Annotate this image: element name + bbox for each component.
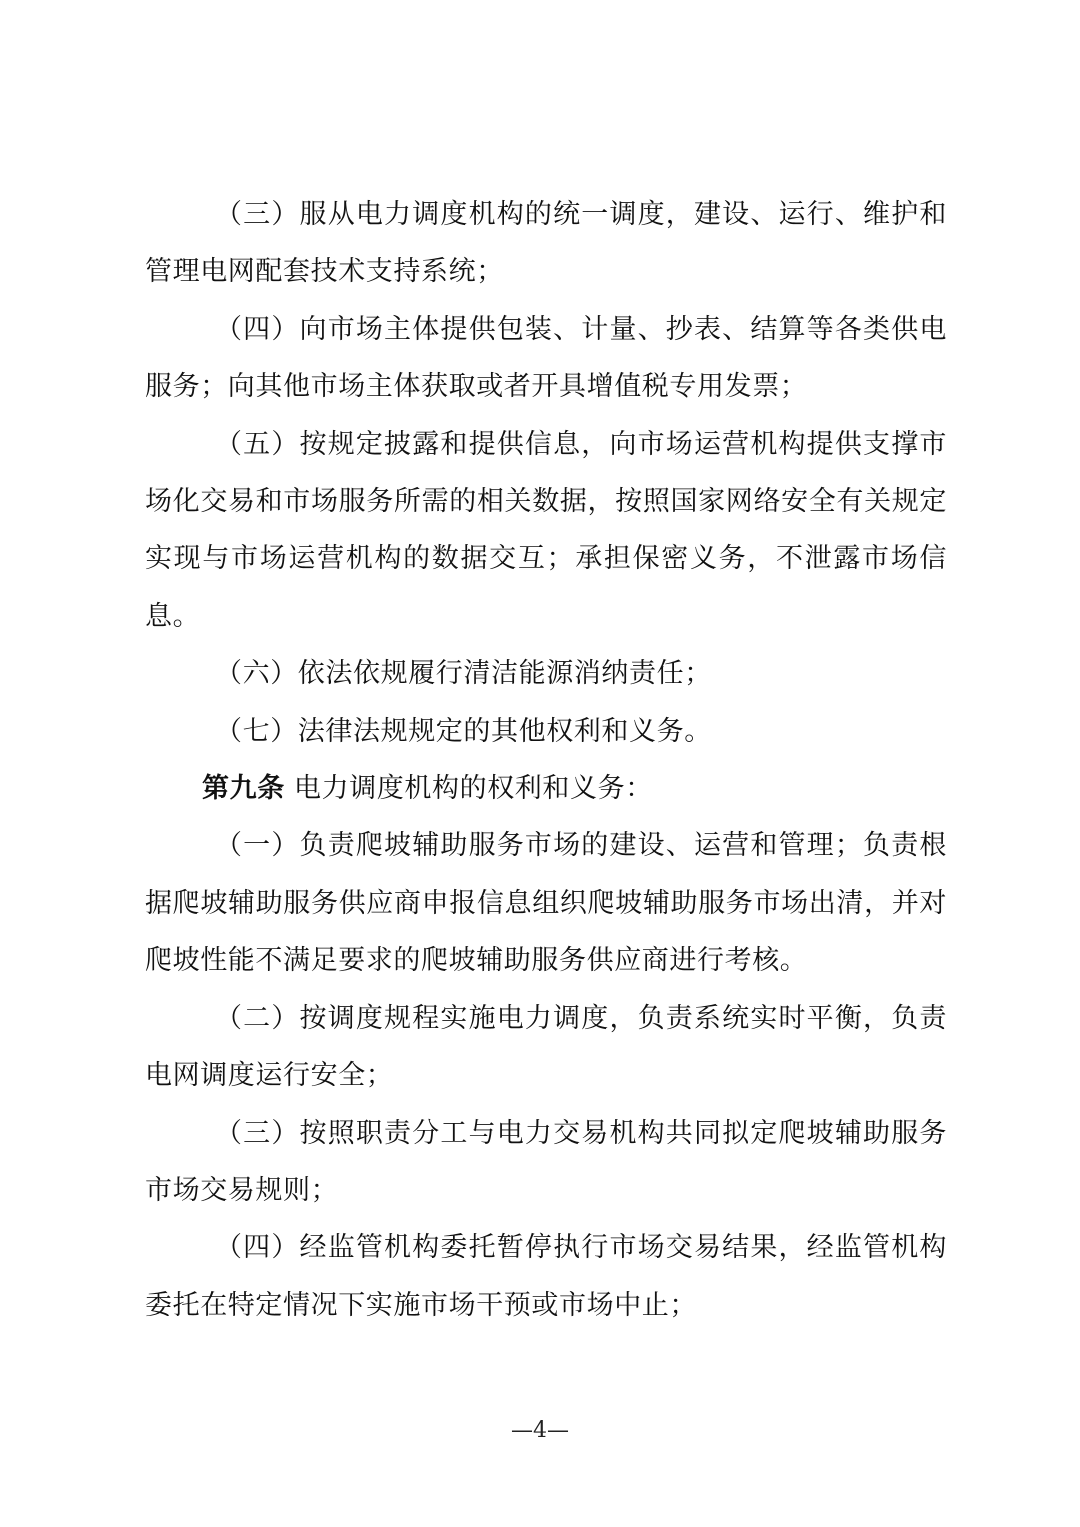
paragraph-dispatch-item-1-market-operation: （一）负责爬坡辅助服务市场的建设、运营和管理；负责根据爬坡辅助服务供应商申报信息… (145, 817, 947, 989)
paragraph-dispatch-item-4-market-intervention: （四）经监管机构委托暂停执行市场交易结果，经监管机构委托在特定情况下实施市场干预… (145, 1219, 947, 1334)
paragraph-dispatch-item-2-real-time-balance: （二）按调度规程实施电力调度，负责系统实时平衡，负责电网调度运行安全； (145, 990, 947, 1105)
paragraph-item-7-other-rights: （七）法律法规规定的其他权利和义务。 (145, 703, 947, 760)
paragraph-item-5-information-disclosure: （五）按规定披露和提供信息，向市场运营机构提供支撑市场化交易和市场服务所需的相关… (145, 416, 947, 646)
document-page: （三）服从电力调度机构的统一调度，建设、运行、维护和管理电网配套技术支持系统； … (145, 186, 947, 1334)
article-9-heading-paragraph: 第九条 电力调度机构的权利和义务： (145, 760, 947, 817)
paragraph-dispatch-item-3-trading-rules: （三）按照职责分工与电力交易机构共同拟定爬坡辅助服务市场交易规则； (145, 1105, 947, 1220)
page-number: —4— (0, 1418, 1080, 1443)
article-9-title: 电力调度机构的权利和义务： (285, 773, 653, 804)
paragraph-item-3-grid-duties: （三）服从电力调度机构的统一调度，建设、运行、维护和管理电网配套技术支持系统； (145, 186, 947, 301)
article-9-label: 第九条 (202, 773, 285, 804)
paragraph-item-4-supply-services: （四）向市场主体提供包装、计量、抄表、结算等各类供电服务；向其他市场主体获取或者… (145, 301, 947, 416)
paragraph-item-6-clean-energy: （六）依法依规履行清洁能源消纳责任； (145, 645, 947, 702)
